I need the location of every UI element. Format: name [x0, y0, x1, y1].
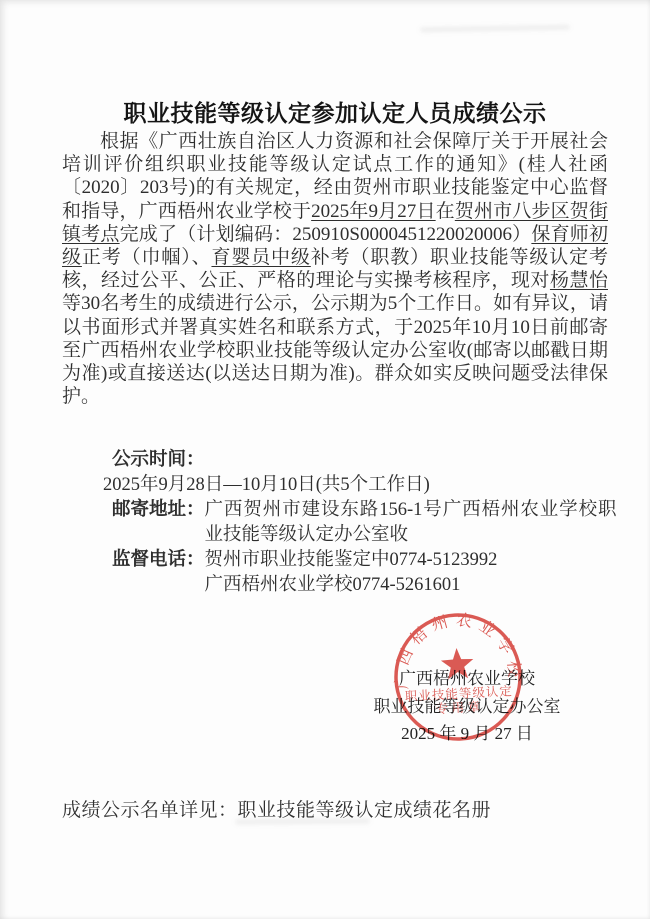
publicity-time-value-row: 2025年9月28日—10月10日(共5个工作日) — [103, 473, 623, 498]
publicity-time-value: 2025年9月28日—10月10日(共5个工作日) — [103, 473, 430, 498]
contact-info-block: 公示时间： 2025年9月28日—10月10日(共5个工作日) 邮寄地址： 广西… — [103, 448, 623, 598]
mailing-address-label: 邮寄地址： — [103, 498, 205, 523]
scanned-document-page: 职业技能等级认定参加认定人员成绩公示 根据《广西壮族自治区人力资源和社会保障厅关… — [0, 0, 650, 919]
body-paragraph: 根据《广西壮族自治区人力资源和社会保障厅关于开展社会培训评价组织职业技能等级认定… — [62, 130, 608, 408]
publicity-time-row: 公示时间： — [103, 448, 623, 473]
supervision-phone-row: 监督电话： 贺州市职业技能鉴定中0774-5123992 广西梧州农业学校077… — [103, 548, 623, 598]
signature-org-line2: 职业技能等级认定办公室 — [352, 693, 582, 721]
supervision-phone-line2: 广西梧州农业学校0774-5261601 — [205, 573, 617, 598]
scan-artifact-top — [420, 25, 570, 33]
mailing-address-value: 广西贺州市建设东路156-1号广西梧州农业学校职业技能等级认定办公室收 — [205, 498, 617, 548]
footer-note: 成绩公示名单详见：职业技能等级认定成绩花名册 — [62, 795, 491, 822]
signature-block: 广西梧州农业学校 职业技能等级认定办公室 2025 年 9 月 27 日 — [352, 665, 582, 748]
candidate-name: 杨慧怡 — [550, 270, 608, 291]
para-rest: 等30名考生的成绩进行公示，公示期为5个工作日。如有异议，请以书面形式并署真实姓… — [62, 293, 608, 407]
signature-org-line1: 广西梧州农业学校 — [352, 665, 582, 693]
supervision-phone-values: 贺州市职业技能鉴定中0774-5123992 广西梧州农业学校0774-5261… — [205, 548, 617, 598]
supervision-phone-line1: 贺州市职业技能鉴定中0774-5123992 — [205, 548, 617, 573]
para-mid-1: 正考（巾帼）、 — [82, 247, 212, 268]
publicity-time-label: 公示时间： — [103, 448, 205, 473]
occupation-infant-care: 育婴员中级 — [211, 247, 310, 268]
page-title: 职业技能等级认定参加认定人员成绩公示 — [62, 95, 608, 128]
mailing-address-row: 邮寄地址： 广西贺州市建设东路156-1号广西梧州农业学校职业技能等级认定办公室… — [103, 498, 623, 548]
plan-code: 完成了（计划编码：250910S0000451220020006） — [120, 224, 532, 245]
signature-date: 2025 年 9 月 27 日 — [352, 720, 582, 748]
supervision-phone-label: 监督电话： — [103, 548, 205, 573]
para-connector: 在 — [436, 201, 455, 222]
exam-date: 2025年9月27日 — [311, 201, 436, 222]
